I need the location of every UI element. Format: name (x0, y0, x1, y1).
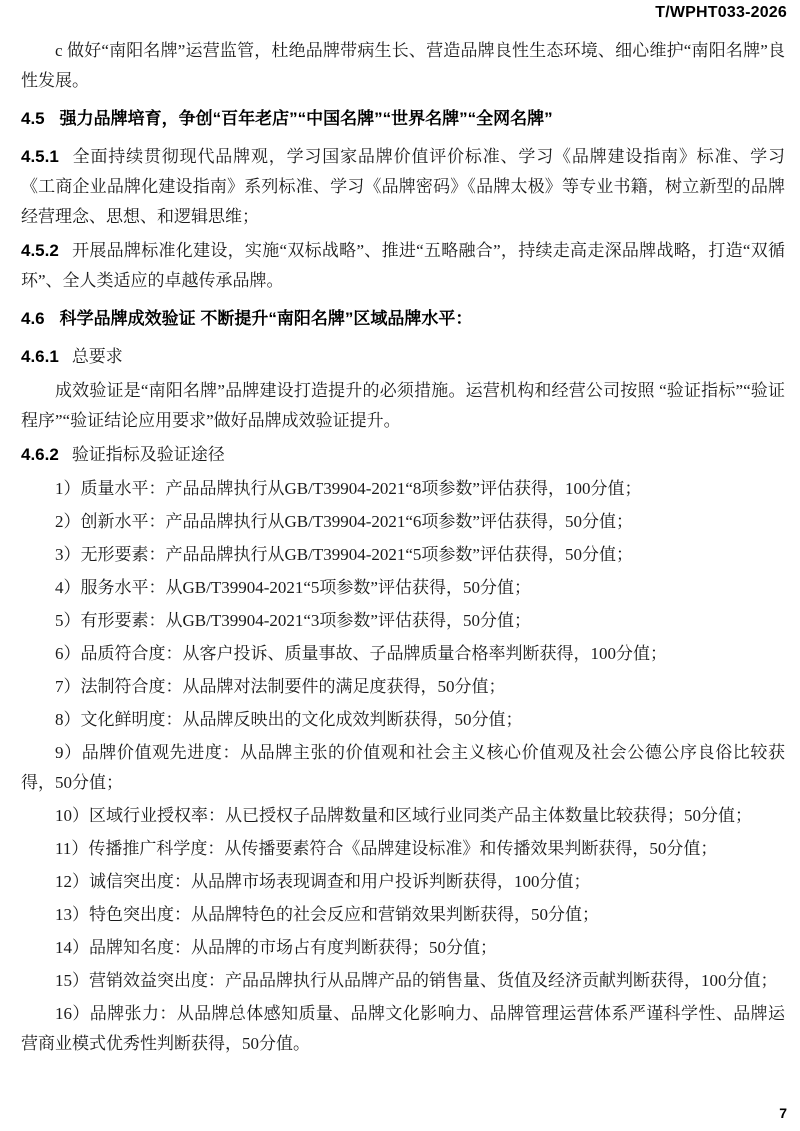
page-number: 7 (779, 1105, 787, 1121)
list-item: 4）服务水平：从GB/T39904-2021“5项参数”评估获得，50分值； (21, 573, 785, 603)
paragraph-4-6-1: 4.6.1总要求 (21, 342, 785, 372)
paragraph-4-5-1-text: 全面持续贯彻现代品牌观，学习国家品牌价值评价标准、学习《品牌建设指南》标准、学习… (21, 147, 785, 226)
list-item: 14）品牌知名度：从品牌的市场占有度判断获得；50分值； (21, 933, 785, 963)
paragraph-c: c 做好“南阳名牌”运营监管，杜绝品牌带病生长、营造品牌良性生态环境、细心维护“… (21, 36, 785, 96)
section-number-4-5-2: 4.5.2 (21, 241, 59, 260)
list-item: 7）法制符合度：从品牌对法制要件的满足度获得，50分值； (21, 672, 785, 702)
list-item: 2）创新水平：产品品牌执行从GB/T39904-2021“6项参数”评估获得，5… (21, 507, 785, 537)
list-item: 8）文化鲜明度：从品牌反映出的文化成效判断获得，50分值； (21, 705, 785, 735)
document-body: c 做好“南阳名牌”运营监管，杜绝品牌带病生长、营造品牌良性生态环境、细心维护“… (21, 36, 785, 1062)
section-number-4-5-1: 4.5.1 (21, 147, 59, 166)
document-page: T/WPHT033-2026 c 做好“南阳名牌”运营监管，杜绝品牌带病生长、营… (0, 0, 800, 1131)
paragraph-4-6-2-text: 验证指标及验证途径 (72, 445, 225, 464)
paragraph-4-5-1: 4.5.1全面持续贯彻现代品牌观，学习国家品牌价值评价标准、学习《品牌建设指南》… (21, 142, 785, 232)
paragraph-4-5-2-text: 开展品牌标准化建设，实施“双标战略”、推进“五略融合”，持续走高走深品牌战略，打… (21, 241, 785, 290)
list-item: 1）质量水平：产品品牌执行从GB/T39904-2021“8项参数”评估获得，1… (21, 474, 785, 504)
list-item: 5）有形要素：从GB/T39904-2021“3项参数”评估获得，50分值； (21, 606, 785, 636)
list-item: 9）品牌价值观先进度：从品牌主张的价值观和社会主义核心价值观及社会公德公序良俗比… (21, 738, 785, 798)
list-item: 6）品质符合度：从客户投诉、质量事故、子品牌质量合格率判断获得，100分值； (21, 639, 785, 669)
list-item: 3）无形要素：产品品牌执行从GB/T39904-2021“5项参数”评估获得，5… (21, 540, 785, 570)
heading-4-5: 4.5强力品牌培育，争创“百年老店”“中国名牌”“世界名牌”“全网名牌” (21, 104, 785, 134)
section-number-4-6: 4.6 (21, 309, 45, 328)
paragraph-requirements: 成效验证是“南阳名牌”品牌建设打造提升的必须措施。运营机构和经营公司按照 “验证… (21, 376, 785, 436)
list-item: 12）诚信突出度：从品牌市场表现调查和用户投诉判断获得，100分值； (21, 867, 785, 897)
section-number-4-6-2: 4.6.2 (21, 445, 59, 464)
paragraph-4-6-1-text: 总要求 (72, 347, 123, 366)
list-item: 11）传播推广科学度：从传播要素符合《品牌建设标准》和传播效果判断获得，50分值… (21, 834, 785, 864)
section-number-4-5: 4.5 (21, 109, 45, 128)
heading-4-5-title: 强力品牌培育，争创“百年老店”“中国名牌”“世界名牌”“全网名牌” (60, 109, 553, 128)
heading-4-6-title: 科学品牌成效验证 不断提升“南阳名牌”区域品牌水平： (60, 309, 473, 328)
list-item: 13）特色突出度：从品牌特色的社会反应和营销效果判断获得，50分值； (21, 900, 785, 930)
list-item: 16）品牌张力：从品牌总体感知质量、品牌文化影响力、品牌管理运营体系严谨科学性、… (21, 999, 785, 1059)
paragraph-4-6-2: 4.6.2验证指标及验证途径 (21, 440, 785, 470)
section-number-4-6-1: 4.6.1 (21, 347, 59, 366)
list-item: 10）区域行业授权率：从已授权子品牌数量和区域行业同类产品主体数量比较获得；50… (21, 801, 785, 831)
paragraph-4-5-2: 4.5.2开展品牌标准化建设，实施“双标战略”、推进“五略融合”，持续走高走深品… (21, 236, 785, 296)
list-item: 15）营销效益突出度：产品品牌执行从品牌产品的销售量、货值及经济贡献判断获得，1… (21, 966, 785, 996)
doc-code: T/WPHT033-2026 (655, 4, 787, 22)
heading-4-6: 4.6科学品牌成效验证 不断提升“南阳名牌”区域品牌水平： (21, 304, 785, 334)
